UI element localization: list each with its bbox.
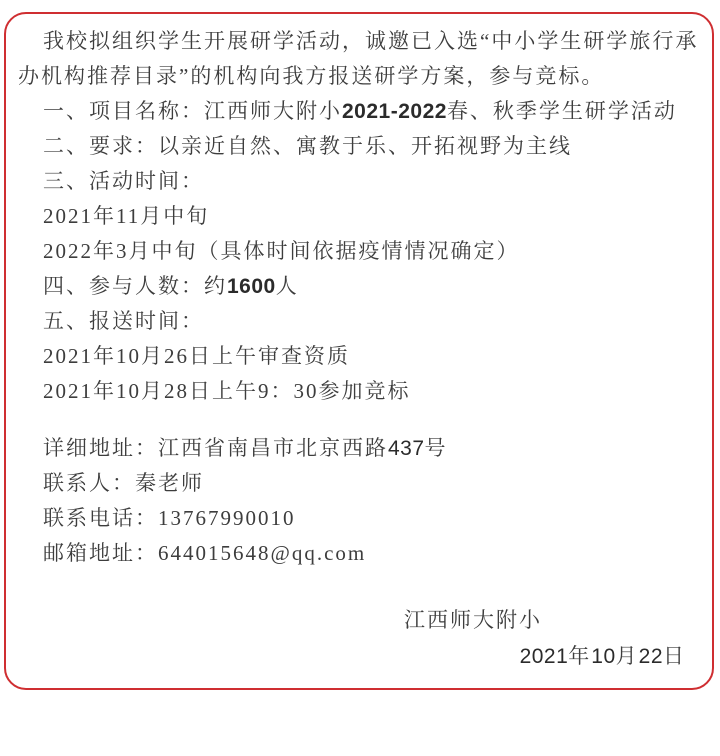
- text-run: 四、参与人数：约: [43, 274, 227, 298]
- text-run: 办机构推荐目录”的机构向我方报送研学方案，参与竞标。: [18, 64, 604, 88]
- text-run: 2021年11月中旬: [43, 204, 209, 228]
- text-line: 详细地址：江西省南昌市北京西路437号: [18, 431, 698, 466]
- text-line: 我校拟组织学生开展研学活动，诚邀已入选“中小学生研学旅行承: [18, 24, 698, 59]
- text-run: 2021年10月26日上午审查资质: [43, 344, 350, 368]
- text-run: 一、项目名称：江西师大附小: [43, 99, 342, 123]
- text-run: 五、报送时间：: [43, 309, 204, 333]
- text-run: 22: [639, 645, 663, 668]
- text-run: 号: [425, 436, 448, 460]
- text-line: 2022年3月中旬（具体时间依据疫情情况确定）: [18, 234, 698, 269]
- text-line: 2021年10月28日上午9：30参加竞标: [18, 374, 698, 409]
- text-line: 江西师大附小: [18, 603, 698, 638]
- text-line: 五、报送时间：: [18, 304, 698, 339]
- text-line: 四、参与人数：约1600人: [18, 269, 698, 304]
- text-run: 详细地址：江西省南昌市北京西路: [43, 436, 388, 460]
- text-line: 2021年10月26日上午审查资质: [18, 339, 698, 374]
- text-run: 2021: [520, 645, 569, 668]
- document-body: 我校拟组织学生开展研学活动，诚邀已入选“中小学生研学旅行承办机构推荐目录”的机构…: [18, 24, 698, 674]
- text-run: 日: [663, 644, 686, 668]
- text-run: 邮箱地址：644015648@qq.com: [43, 541, 366, 565]
- text-run: 江西师大附小: [404, 608, 542, 632]
- text-run: 2021年10月28日上午9：30参加竞标: [43, 379, 411, 403]
- text-run: 人: [276, 274, 299, 298]
- text-line: 联系电话：13767990010: [18, 501, 698, 536]
- text-line: 办机构推荐目录”的机构向我方报送研学方案，参与竞标。: [18, 59, 698, 94]
- text-line: 三、活动时间：: [18, 164, 698, 199]
- text-run: 联系电话：13767990010: [43, 506, 296, 530]
- text-run: 437: [388, 437, 425, 460]
- blank-line: [18, 571, 698, 603]
- blank-line: [18, 409, 698, 431]
- text-run: 春、秋季学生研学活动: [447, 99, 677, 123]
- text-line: 2021年10月22日: [18, 638, 698, 674]
- text-line: 一、项目名称：江西师大附小2021-2022春、秋季学生研学活动: [18, 94, 698, 129]
- text-line: 邮箱地址：644015648@qq.com: [18, 536, 698, 571]
- text-line: 二、要求：以亲近自然、寓教于乐、开拓视野为主线: [18, 129, 698, 164]
- text-run: 2022年3月中旬（具体时间依据疫情情况确定）: [43, 239, 520, 263]
- text-run: 10: [591, 645, 615, 668]
- text-run: 年: [568, 644, 591, 668]
- text-run: 我校拟组织学生开展研学活动，诚邀已入选“中小学生研学旅行承: [43, 29, 698, 53]
- text-line: 2021年11月中旬: [18, 199, 698, 234]
- text-run: 1600: [227, 275, 276, 298]
- text-run: 联系人：秦老师: [43, 471, 204, 495]
- text-line: 联系人：秦老师: [18, 466, 698, 501]
- notice-card: 我校拟组织学生开展研学活动，诚邀已入选“中小学生研学旅行承办机构推荐目录”的机构…: [4, 12, 714, 690]
- text-run: 2021-2022: [342, 100, 447, 123]
- text-run: 三、活动时间：: [43, 169, 204, 193]
- text-run: 月: [616, 644, 639, 668]
- text-run: 二、要求：以亲近自然、寓教于乐、开拓视野为主线: [43, 134, 572, 158]
